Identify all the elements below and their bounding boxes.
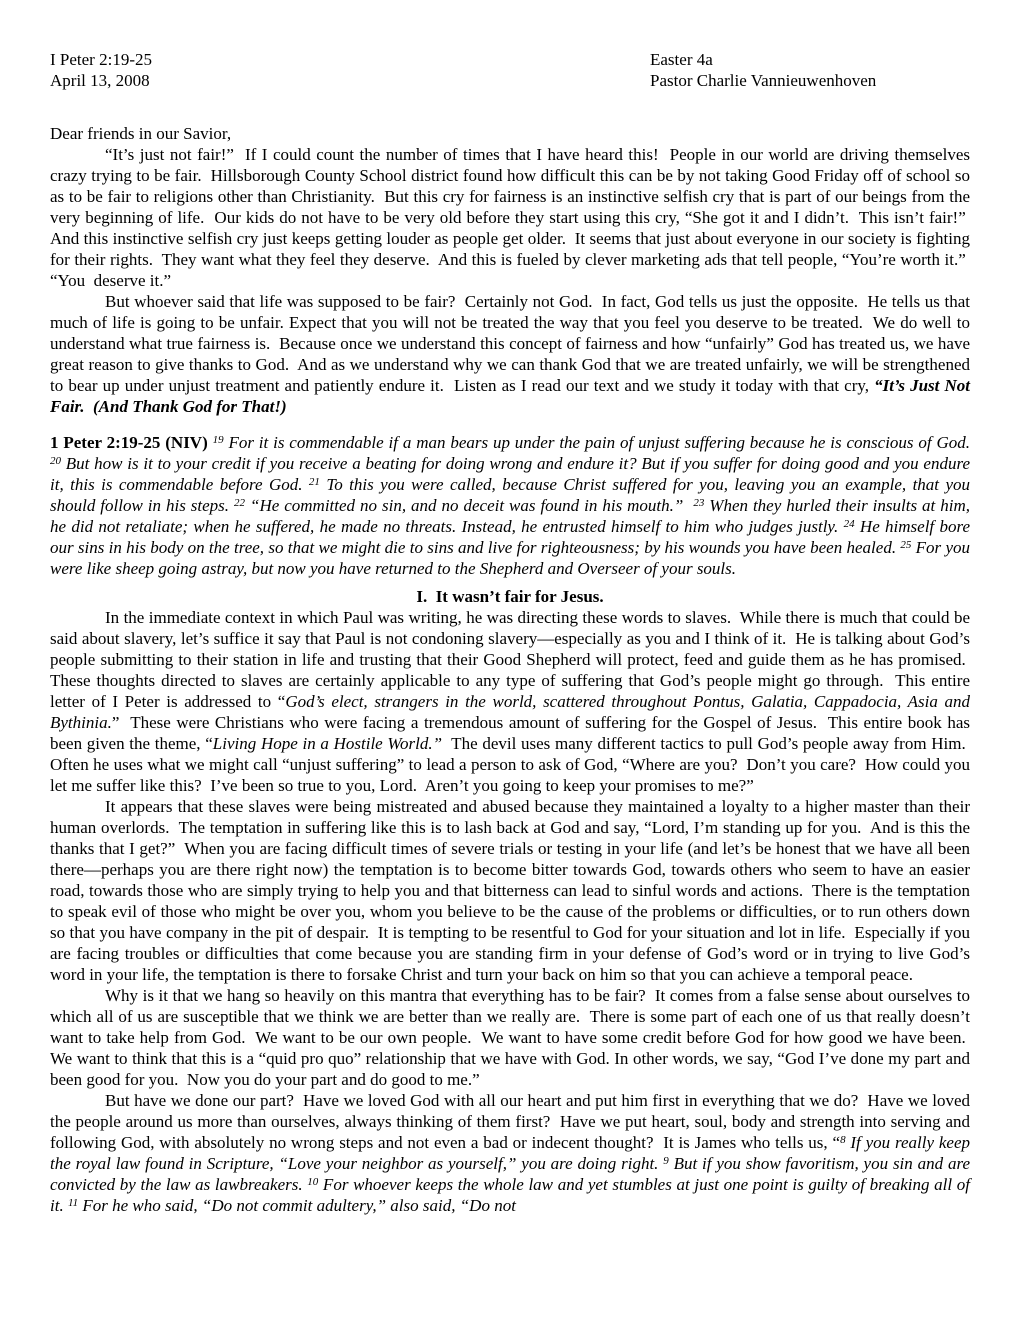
salutation: Dear friends in our Savior, bbox=[50, 123, 970, 144]
document-header: I Peter 2:19-25 April 13, 2008 Easter 4a… bbox=[50, 49, 970, 91]
liturgical-season: Easter 4a bbox=[650, 49, 970, 70]
document-page: I Peter 2:19-25 April 13, 2008 Easter 4a… bbox=[0, 0, 1020, 1320]
paragraph-6: But have we done our part? Have we loved… bbox=[50, 1090, 970, 1216]
scripture-quote: 1 Peter 2:19-25 (NIV) 19 For it is comme… bbox=[50, 432, 970, 579]
paragraph-1: “It’s just not fair!” If I could count t… bbox=[50, 144, 970, 291]
pastor-name: Pastor Charlie Vannieuwenhoven bbox=[650, 70, 970, 91]
paragraph-3: In the immediate context in which Paul w… bbox=[50, 607, 970, 796]
scripture-reference: I Peter 2:19-25 bbox=[50, 49, 650, 70]
paragraph-5: Why is it that we hang so heavily on thi… bbox=[50, 985, 970, 1090]
paragraph-2: But whoever said that life was supposed … bbox=[50, 291, 970, 417]
header-left: I Peter 2:19-25 April 13, 2008 bbox=[50, 49, 650, 91]
section-heading-1: I. It wasn’t fair for Jesus. bbox=[50, 586, 970, 607]
sermon-date: April 13, 2008 bbox=[50, 70, 650, 91]
paragraph-4: It appears that these slaves were being … bbox=[50, 796, 970, 985]
header-right: Easter 4a Pastor Charlie Vannieuwenhoven bbox=[650, 49, 970, 91]
